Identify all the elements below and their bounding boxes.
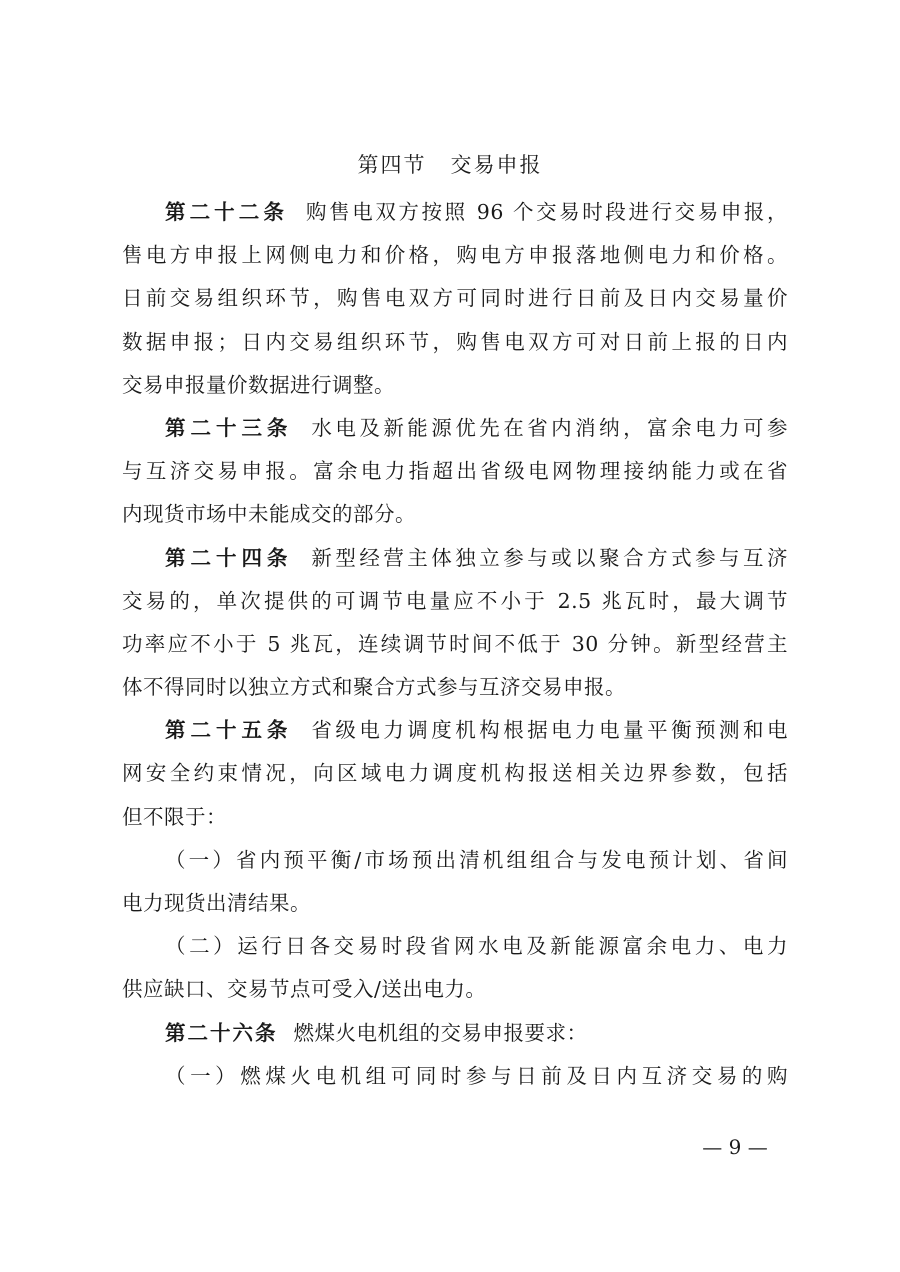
article-22-line-4: 数据申报；日内交易组织环节，购售电双方可对日前上报的日内 xyxy=(122,326,788,369)
article-text: 省级电力调度机构根据电力电量平衡预测和电 xyxy=(308,718,788,742)
article-22-line-2: 售电方申报上网侧电力和价格，购电方申报落地侧电力和价格。 xyxy=(122,239,788,282)
article-text: 新型经营主体独立参与或以聚合方式参与互济 xyxy=(308,546,788,570)
article-23-line-2: 与互济交易申报。富余电力指超出省级电网物理接纳能力或在省 xyxy=(122,455,788,498)
article-26-line-1: 第二十六条燃煤火电机组的交易申报要求： xyxy=(122,1017,788,1060)
article-24-line-3: 功率应不小于 5 兆瓦，连续调节时间不低于 30 分钟。新型经营主 xyxy=(122,628,788,671)
article-22-line-1: 第二十二条购售电双方按照 96 个交易时段进行交易申报， xyxy=(122,196,788,239)
article-22-line-5: 交易申报量价数据进行调整。 xyxy=(122,369,788,412)
article-number: 第二十二条 xyxy=(165,200,288,224)
article-25-line-1: 第二十五条省级电力调度机构根据电力电量平衡预测和电 xyxy=(122,714,788,757)
section-number: 第四节 xyxy=(358,153,427,177)
article-25-item-2-line-1: （二）运行日各交易时段省网水电及新能源富余电力、电力 xyxy=(122,930,788,973)
article-24-line-4: 体不得同时以独立方式和聚合方式参与互济交易申报。 xyxy=(122,671,788,714)
article-text: 水电及新能源优先在省内消纳，富余电力可参 xyxy=(308,416,788,440)
document-body: 第二十二条购售电双方按照 96 个交易时段进行交易申报， 售电方申报上网侧电力和… xyxy=(122,196,788,1103)
article-25-item-1-line-1: （一）省内预平衡/市场预出清机组组合与发电预计划、省间 xyxy=(122,844,788,887)
article-25-item-1-line-2: 电力现货出清结果。 xyxy=(122,887,788,930)
section-title: 第四节交易申报 xyxy=(0,150,900,180)
article-25-line-2: 网安全约束情况，向区域电力调度机构报送相关边界参数，包括 xyxy=(122,757,788,800)
article-text: 燃煤火电机组的交易申报要求： xyxy=(294,1021,588,1045)
article-23-line-1: 第二十三条水电及新能源优先在省内消纳，富余电力可参 xyxy=(122,412,788,455)
document-page: 第四节交易申报 第二十二条购售电双方按照 96 个交易时段进行交易申报， 售电方… xyxy=(0,0,900,1272)
article-text: 购售电双方按照 96 个交易时段进行交易申报， xyxy=(304,200,788,224)
article-22-line-3: 日前交易组织环节，购售电双方可同时进行日前及日内交易量价 xyxy=(122,282,788,325)
section-name: 交易申报 xyxy=(451,153,543,177)
article-26-item-1-line-1: （一）燃煤火电机组可同时参与日前及日内互济交易的购 xyxy=(122,1060,788,1103)
article-24-line-2: 交易的，单次提供的可调节电量应不小于 2.5 兆瓦时，最大调节 xyxy=(122,585,788,628)
article-number: 第二十五条 xyxy=(165,718,292,742)
article-25-item-2-line-2: 供应缺口、交易节点可受入/送出电力。 xyxy=(122,973,788,1016)
article-25-line-3: 但不限于： xyxy=(122,801,788,844)
article-23-line-3: 内现货市场中未能成交的部分。 xyxy=(122,498,788,541)
article-number: 第二十六条 xyxy=(165,1021,278,1045)
article-number: 第二十四条 xyxy=(165,546,292,570)
page-number: — 9 — xyxy=(690,1132,780,1162)
article-24-line-1: 第二十四条新型经营主体独立参与或以聚合方式参与互济 xyxy=(122,542,788,585)
article-number: 第二十三条 xyxy=(165,416,292,440)
